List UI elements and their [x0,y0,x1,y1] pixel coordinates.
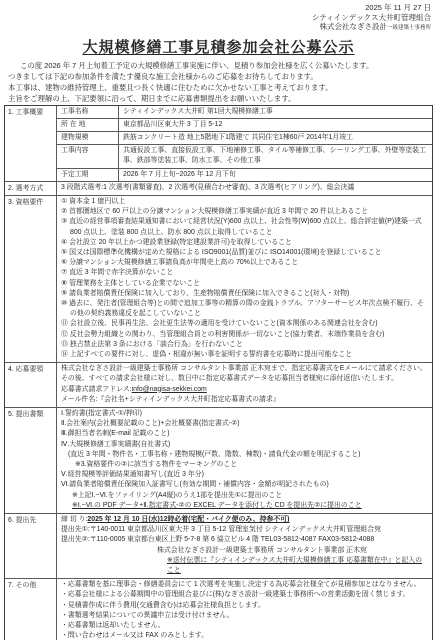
value-building-scale: 鉄筋コンクリート造 地上5階地下1階建て 共同住宅1棟60戸 2014年1月竣工 [119,132,432,144]
destination-content: 締 切 り:2025 年 12 月 10 日(水)12時必着(宅配・バイク便のみ… [57,514,432,578]
overview-content: 工事名称 シティインデックス大井町 第1回大規模修繕工事 所 在 地 東京都品川… [57,106,432,181]
row-required-documents: 5. 提出書類 Ⅰ.誓約書(指定書式-①/押印) Ⅱ.会社案内(会社概要記載のこ… [5,407,432,513]
sublabel-project-name: 工事名称 [57,106,119,118]
deadline-value: 2025 年 12 月 10 日(水)12時必着(宅配・バイク便のみ、持参不可) [87,516,289,523]
documents-content: Ⅰ.誓約書(指定書式-①/押印) Ⅱ.会社案内(会社概要記載のこと)+会社概要書… [57,408,432,513]
deadline-line: 締 切 り:2025 年 12 月 10 日(水)12時必着(宅配・バイク便のみ… [61,515,428,525]
deadline-label: 締 切 り: [61,516,87,523]
document-date: 2025 年 11 月 27 日 [4,3,431,13]
qualification-item-14: ⑭ 上記すべての要件に対し、虚偽・相違が無い事を証明する誓約書を応募時に提出可能… [61,350,428,360]
qualification-item-2: ② 首都圏地区で 60 戸以上の分譲マンション大規模修繕工事実績が直近 3 年間… [61,207,428,217]
qualification-item-4: ④ 会社設立 20 年以上かつ建設業登録(特定建設業許可)を取得していること [61,238,428,248]
sublabel-work-scope: 工事内容 [57,145,119,167]
document-item-2: Ⅱ.会社案内(会社概要記載のこと)+会社概要書(指定書式-②) [61,419,428,429]
row-label-others: 7. その他 [5,579,57,640]
destination-1: 提出先①:〒140-0011 東京都品川区東大井 3 丁目 5-12 管理室気付… [61,525,428,535]
application-content: 株式会社なぎさ設計一級建築士事務所 コンサルタント事業部 正木宛まで、指定応募書… [57,363,432,407]
sublabel-schedule: 予定工期 [57,169,119,181]
intro-paragraph: この度 2026 年 7 月上旬着工予定の大規模修繕工事実施に伴い、見積り参加会… [4,60,433,104]
page-title: 大規模修繕工事見積参加会社公募公示 [4,36,433,57]
value-work-scope: 共通仮設工事、直接仮設工事、下地補修工事、タイル等補修工事、シーリング工事、外壁… [119,145,432,167]
qualification-item-8: ⑧ 管理業務を主体としている企業でないこと [61,279,428,289]
row-others: 7. その他 ・応募書類を基に理事会・修繕委員会にて 1 次選考を実施し決定する… [5,578,432,640]
row-label-qualifications: 3. 資格要件 [5,196,57,362]
application-body: 株式会社なぎさ設計一級建築士事務所 コンサルタント事業部 正木宛まで、指定応募書… [61,364,428,384]
overview-subrow-name: 工事名称 シティインデックス大井町 第1回大規模修繕工事 [57,106,432,118]
qualification-item-7: ⑦ 直近 3 年間で赤字決算がないこと [61,268,428,278]
value-location: 東京都品川区東大井 3 丁目 5-12 [119,119,432,131]
selection-content: 3 段階式選考:1 次選考(書類審査)、2 次選考(見積合わせ審査)、3 次選考… [57,182,432,195]
qualification-item-3: ③ 直近の経営事項審査結果通知書において経営状況(Y)600 点以上、社会性等(… [61,217,428,237]
document-item-4-detail: (直近 3 年間・物件名・工事名称・建物規模(戸数、階数、棟数)・請負代金の額を… [61,450,428,460]
value-schedule: 2026 年 7 月上旬~2026 年 12 月下旬 [119,169,432,181]
document-header: 2025 年 11 月 27 日 シティインデックス大井町管理組合 株式会社なぎ… [4,3,433,34]
intro-line-3: 本工事は、建物の維持管理上、重要且つ長く快適に住むために欠かせない工事と考えてお… [8,82,433,93]
row-selection-method: 2. 選考方式 3 段階式選考:1 次選考(書類審査)、2 次選考(見積合わせ審… [5,181,432,195]
document-page: 2025 年 11 月 27 日 シティインデックス大井町管理組合 株式会社なぎ… [0,0,437,640]
value-project-name: シティインデックス大井町 第1回大規模修繕工事 [119,106,432,118]
other-item-6: ・問い合わせはメール又は FAX のみとします。 [61,631,428,640]
documents-cd-note: ※Ⅰ.~Ⅵ.の PDF データ+Ⅱ.指定書式-②の EXCEL データを添付した… [61,501,428,511]
document-item-5: Ⅴ.経営規模等評価結果通知書写し(直近 3 年分) [61,470,428,480]
row-qualifications: 3. 資格要件 ① 資本金 1 億円以上 ② 首都圏地区で 60 戸以上の分譲マ… [5,195,432,362]
application-address-label: 応募書式請求アドレス: [61,386,132,393]
qualification-item-1: ① 資本金 1 億円以上 [61,197,428,207]
intro-line-2: つきましては下記の参加条件を満たす優良な施工会社様からのご応募をお待ちしておりま… [8,71,433,82]
destination-2-recipient: 株式会社なぎさ設計一級建築士事務所 コンサルタント事業部 正木宛 [61,546,428,556]
other-item-4: ・書類選考結果についての異議申立は受け付けません。 [61,611,428,621]
intro-line-1: この度 2026 年 7 月上旬着工予定の大規模修繕工事実施に伴い、見積り参加会… [8,60,433,71]
overview-subrow-location: 所 在 地 東京都品川区東大井 3 丁目 5-12 [57,118,432,131]
row-label-documents: 5. 提出書類 [5,408,57,513]
row-label-application: 4. 応募要領 [5,363,57,407]
application-address-line: 応募書式請求アドレス:info@nagisa-sekkei.com [61,385,428,395]
document-item-4: Ⅳ.大規模修繕工事実績書(自社書式) [61,440,428,450]
main-table: 1. 工事概要 工事名称 シティインデックス大井町 第1回大規模修繕工事 所 在… [4,105,433,640]
qualification-item-11: ⑪ 会社設立後、民事再生法、会社更生法等の適用を受けていないこと(資本関係のある… [61,319,428,329]
qualification-item-13: ⑬ 独占禁止法第 3 条における「談合行為」を行わないこと [61,340,428,350]
document-item-4-note: ※3.資格要件の②に該当する物件をマーキングのこと [61,460,428,470]
sublabel-building-scale: 建物規模 [57,132,119,144]
shipping-slip-note: ※送付伝票に『シティインデックス大井町大規模修繕工事 応募書類在中』と記入のこと [61,556,428,576]
other-item-5: ・応募書類は返却いたしません。 [61,621,428,631]
overview-subrow-building: 建物規模 鉄筋コンクリート造 地上5階地下1階建て 共同住宅1棟60戸 2014… [57,131,432,144]
application-mail-subject: メール件名:『会社名+シティインデックス大井町指定応募書式の請求』 [61,395,428,405]
documents-filing-note: ※上記Ⅰ.~Ⅵ.をファイリング(A4縦)のうえ1部を提出先①に提出のこと [61,491,428,501]
overview-subrow-scope: 工事内容 共通仮設工事、直接仮設工事、下地補修工事、タイル等補修工事、シーリング… [57,144,432,167]
design-firm-suffix: 一級建築士事務所 [387,25,431,31]
qualification-item-10: ⑩ 過去に、発注者(管理組合等)との間で追加工事等の精算の際の金銭トラブル、アフ… [61,299,428,319]
other-item-2: ・応募会社様による公募期間中の管理組合並びに(株)なぎさ設計一級建築士事務所への… [61,590,428,600]
qualification-item-12: ⑫ 反社会勢力組織との関わり、当管理組合員との利害関係が一切ないこと(協力業者、… [61,330,428,340]
design-firm-line: 株式会社なぎさ設計一級建築士事務所 [4,22,431,34]
row-application-procedure: 4. 応募要領 株式会社なぎさ設計一級建築士事務所 コンサルタント事業部 正木宛… [5,362,432,407]
document-item-1: Ⅰ.誓約書(指定書式-①/押印) [61,409,428,419]
document-item-3: Ⅲ.御担当者名刺(E-mail 記載のこと) [61,429,428,439]
row-label-overview: 1. 工事概要 [5,106,57,181]
others-content: ・応募書類を基に理事会・修繕委員会にて 1 次選考を実施し決定する為応募会社様全… [57,579,432,640]
row-label-selection: 2. 選考方式 [5,182,57,195]
design-firm-name: 株式会社なぎさ設計 [319,22,387,31]
row-construction-overview: 1. 工事概要 工事名称 シティインデックス大井町 第1回大規模修繕工事 所 在… [5,106,432,181]
email-link[interactable]: info@nagisa-sekkei.com [132,386,207,393]
intro-line-4: 主旨をご理解の上、下記要領に沿って、期日までに応募書類提出をお願いいたします。 [8,93,433,104]
qualification-item-5: ⑤ 国又は国際標準化機構が定めた規格による ISO9001(品質)並びに ISO… [61,248,428,258]
row-submission-destination: 6. 提出先 締 切 り:2025 年 12 月 10 日(水)12時必着(宅配… [5,513,432,578]
document-item-6: Ⅵ.請負業者賠償責任保険加入証書写し(有効な期間・補償内容・金額が明記されたもの… [61,480,428,490]
qualification-item-9: ⑨ 請負業者賠償責任保険に加入しており、生産物賠償責任保険に加入できること(対人… [61,289,428,299]
qualifications-content: ① 資本金 1 億円以上 ② 首都圏地区で 60 戸以上の分譲マンション大規模修… [57,196,432,362]
other-item-1: ・応募書類を基に理事会・修繕委員会にて 1 次選考を実施し決定する為応募会社様全… [61,580,428,590]
organization-name: シティインデックス大井町管理組合 [4,13,431,23]
row-label-destination: 6. 提出先 [5,514,57,578]
qualification-item-6: ⑥ 分譲マンション大規模修繕工事請負高が年間売上高の 70%以上であること [61,258,428,268]
sublabel-location: 所 在 地 [57,119,119,131]
other-item-3: ・見積書作成に伴う費用(交通費含む)は応募会社様負担とします。 [61,601,428,611]
overview-subrow-schedule: 予定工期 2026 年 7 月上旬~2026 年 12 月下旬 [57,168,432,181]
destination-2-address: 提出先②:〒110-0005 東京都台東区上野 5-7-8 第 6 協立ビル 4… [61,535,428,545]
